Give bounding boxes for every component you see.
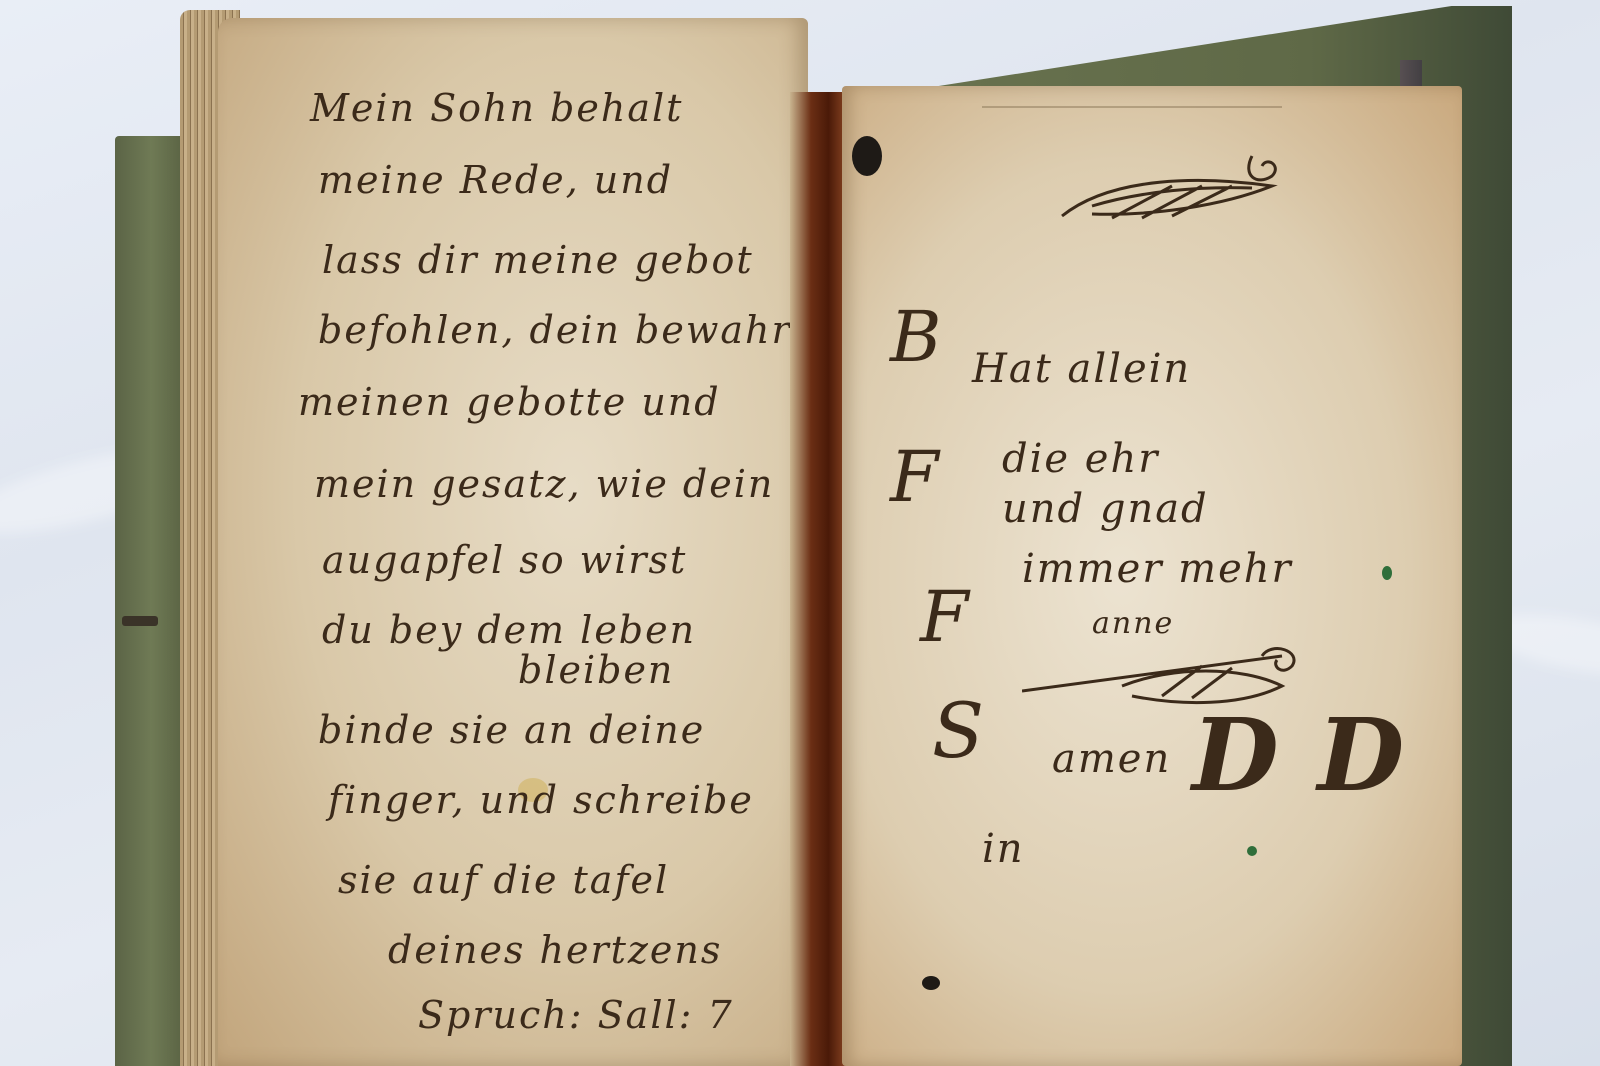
script-line: und gnad [1002, 486, 1209, 532]
script-line: meinen gebotte und [298, 380, 721, 424]
script-line: befohlen, dein bewahre [318, 308, 816, 352]
flourish-ornament-top [1052, 146, 1312, 246]
initial-glyph: S [932, 686, 986, 775]
left-page: Mein Sohn behalt meine Rede, und lass di… [218, 18, 808, 1066]
script-line: sie auf die tafel [338, 858, 669, 902]
script-line: die ehr [1002, 436, 1159, 482]
script-line: meine Rede, und [318, 158, 673, 202]
script-line: binde sie an deine [318, 708, 705, 752]
initial-glyph: B [890, 296, 943, 378]
script-line: Mein Sohn behalt [310, 86, 683, 130]
script-line: finger, und schreibe [328, 778, 754, 822]
script-line: augapfel so wirst [322, 538, 687, 582]
ink-blot [922, 976, 940, 990]
paper-crease [982, 106, 1282, 108]
script-line: amen [1052, 736, 1171, 782]
script-line: lass dir meine gebot [322, 238, 754, 282]
ink-blot [852, 136, 882, 176]
right-page: B F F S Hat allein die ehr und gnad imme… [842, 86, 1462, 1066]
initial-glyph: F [920, 576, 971, 658]
script-line: in [982, 826, 1025, 872]
script-line: deines hertzens [388, 928, 722, 972]
script-line: du bey dem leben [322, 608, 696, 652]
initial-glyph: F [890, 436, 941, 518]
citation: Spruch: Sall: 7 [418, 993, 734, 1037]
green-stain [1247, 846, 1257, 856]
script-line: immer mehr [1022, 546, 1293, 592]
clasp-pin [122, 616, 158, 626]
monogram: D D [1192, 696, 1406, 814]
green-stain [1382, 566, 1392, 580]
script-line: anne [1092, 606, 1174, 641]
script-line: mein gesatz, wie dein [314, 462, 774, 506]
script-line: Hat allein [972, 346, 1191, 392]
script-line: bleiben [518, 648, 674, 692]
